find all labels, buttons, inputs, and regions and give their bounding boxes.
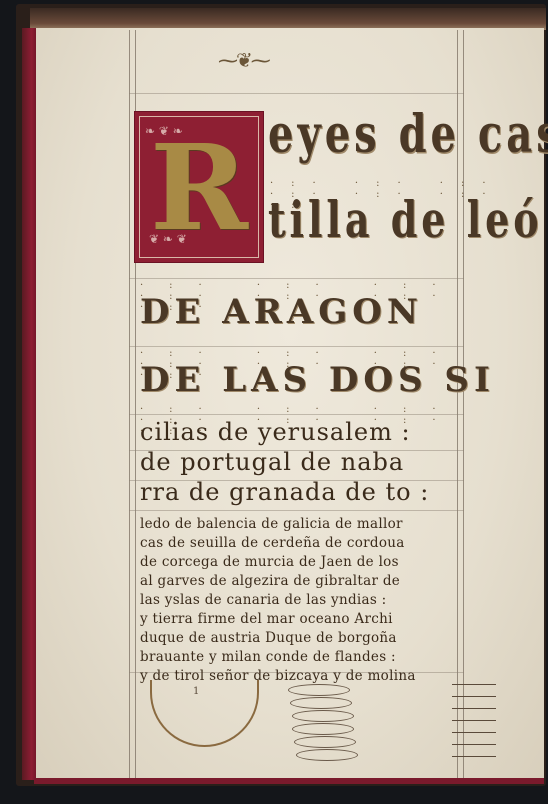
top-edge: [30, 8, 546, 30]
text-line-10: de corcega de murcia de Jaen de los: [140, 554, 399, 570]
text-line-2: tilla de leó: [268, 190, 543, 249]
text-line-8: ledo de balencia de galicia de mallor: [140, 516, 403, 532]
text-line-12: las yslas de canaria de las yndias :: [140, 592, 387, 608]
margin-mark: 1: [193, 686, 199, 697]
illuminated-initial: ❧ ❦ ❧ ❦ ❧ ❦ ❧ R: [134, 111, 264, 263]
ruling-line: [129, 510, 464, 511]
text-line-6: de portugal de naba: [140, 448, 404, 476]
text-line-11: al garves de algezira de gibraltar de: [140, 573, 400, 589]
top-flourish-ornament: ⁓❦⁓: [218, 48, 269, 72]
text-line-7: rra de granada de to :: [140, 478, 429, 506]
text-line-3: DE ARAGON: [140, 292, 423, 332]
ruling-line: [129, 278, 464, 279]
ruling-line: [129, 346, 464, 347]
text-line-15: brauante y milan conde de flandes :: [140, 649, 396, 665]
text-line-5: cilias de yerusalem :: [140, 418, 411, 446]
text-line-4: DE LAS DOS SI: [140, 360, 495, 400]
ruling-line: [129, 93, 464, 94]
text-line-13: y tierra firme del mar oceano Archi: [140, 611, 393, 627]
margin-rule-left: [129, 30, 130, 778]
text-line-9: cas de seuilla de cerdeña de cordoua: [140, 535, 405, 551]
initial-letter: R: [135, 112, 263, 262]
red-bottom-edge: [34, 778, 544, 784]
text-line-1: eyes de cas: [268, 104, 548, 165]
text-line-14: duque de austria Duque de borgoña: [140, 630, 397, 646]
